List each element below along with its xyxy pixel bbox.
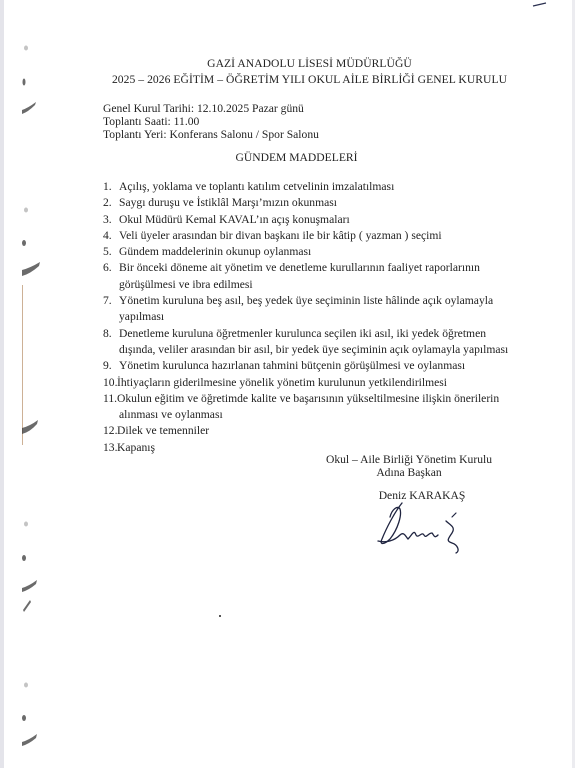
agenda-item: 3.Okul Müdürü Kemal KAVAL’ın açış konuşm… xyxy=(103,212,523,228)
agenda-item: 5.Gündem maddelerinin okunup oylanması xyxy=(103,244,523,260)
agenda-item-number: 6. xyxy=(103,260,112,276)
agenda-item: 1.Açılış, yoklama ve toplantı katılım ce… xyxy=(103,179,523,195)
agenda-heading: GÜNDEM MADDELERİ xyxy=(0,151,575,164)
meeting-place: Toplantı Yeri: Konferans Salonu / Spor S… xyxy=(103,128,319,141)
agenda-item-text: Kapanış xyxy=(117,441,155,454)
school-name-title: GAZİ ANADOLU LİSESİ MÜDÜRLÜĞÜ xyxy=(22,57,575,70)
agenda-item-text: Dilek ve temenniler xyxy=(117,424,209,437)
agenda-item-text: İhtiyaçların giderilmesine yönelik yönet… xyxy=(117,376,447,389)
agenda-item: 10.İhtiyaçların giderilmesine yönelik yö… xyxy=(103,375,523,391)
assembly-title: 2025 – 2026 EĞİTİM – ÖĞRETİM YILI OKUL A… xyxy=(22,73,575,86)
signatory-organization: Okul – Aile Birliği Yönetim Kurulu xyxy=(309,453,509,466)
agenda-item-text: Bir önceki döneme ait yönetim ve denetle… xyxy=(119,261,480,290)
agenda-item-number: 5. xyxy=(103,244,112,260)
agenda-item-number: 4. xyxy=(103,228,112,244)
agenda-item: 7.Yönetim kuruluna beş asıl, beş yedek ü… xyxy=(103,293,523,326)
agenda-item-text: Açılış, yoklama ve toplantı katılım cetv… xyxy=(119,180,394,193)
scan-speck xyxy=(219,615,221,617)
agenda-item: 2.Saygı duruşu ve İstiklâl Marşı’mızın o… xyxy=(103,195,523,211)
agenda-list: 1.Açılış, yoklama ve toplantı katılım ce… xyxy=(103,179,523,456)
agenda-item-text: Okul Müdürü Kemal KAVAL’ın açış konuşmal… xyxy=(119,213,350,226)
agenda-item-text: Yönetim kurulunca hazırlanan tahmini büt… xyxy=(119,359,465,372)
agenda-item-text: Veli üyeler arasından bir divan başkanı … xyxy=(119,229,442,242)
agenda-item-text: Okulun eğitim ve öğretimde kalite ve baş… xyxy=(117,392,499,421)
agenda-item: 12.Dilek ve temenniler xyxy=(103,423,523,439)
agenda-item-number: 8. xyxy=(103,326,112,342)
agenda-item-text: Gündem maddelerinin okunup oylanması xyxy=(119,245,311,258)
agenda-item-number: 13. xyxy=(103,440,118,456)
meeting-date: Genel Kurul Tarihi: 12.10.2025 Pazar gün… xyxy=(103,102,304,115)
agenda-item: 8.Denetleme kuruluna öğretmenler kurulun… xyxy=(103,326,523,359)
agenda-item-number: 10. xyxy=(103,375,118,391)
meeting-time: Toplantı Saati: 11.00 xyxy=(103,115,199,128)
agenda-item-text: Yönetim kuruluna beş asıl, beş yedek üye… xyxy=(119,294,493,323)
agenda-item-number: 7. xyxy=(103,293,112,309)
agenda-item: 4.Veli üyeler arasından bir divan başkan… xyxy=(103,228,523,244)
agenda-item-number: 2. xyxy=(103,195,112,211)
agenda-item: 6.Bir önceki döneme ait yönetim ve denet… xyxy=(103,260,523,293)
document-page: GAZİ ANADOLU LİSESİ MÜDÜRLÜĞÜ 2025 – 202… xyxy=(0,0,575,768)
agenda-item-text: Denetleme kuruluna öğretmenler kurulunca… xyxy=(119,327,508,356)
agenda-item-number: 12. xyxy=(103,423,118,439)
agenda-item-number: 1. xyxy=(103,179,112,195)
agenda-item: 9.Yönetim kurulunca hazırlanan tahmini b… xyxy=(103,358,523,374)
agenda-item-number: 11. xyxy=(103,391,117,407)
agenda-item-number: 3. xyxy=(103,212,112,228)
handwritten-signature xyxy=(372,495,472,555)
agenda-item-number: 9. xyxy=(103,358,112,374)
agenda-item-text: Saygı duruşu ve İstiklâl Marşı’mızın oku… xyxy=(119,196,337,209)
agenda-item: 11.Okulun eğitim ve öğretimde kalite ve … xyxy=(103,391,523,424)
signatory-role: Adına Başkan xyxy=(309,466,509,479)
